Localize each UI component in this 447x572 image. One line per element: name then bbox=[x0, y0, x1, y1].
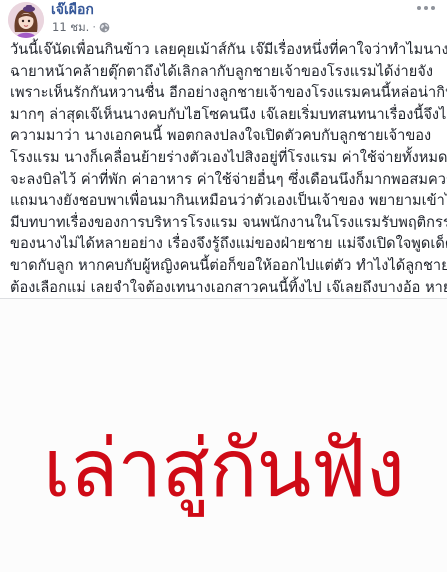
post-image[interactable]: เล่าสู่กันฟัง bbox=[0, 299, 447, 572]
more-options-button[interactable] bbox=[417, 2, 435, 14]
post-meta: 11 ชม. · bbox=[52, 20, 110, 34]
post-text-line: แถมนางยังชอบพาเพื่อนมากินเหมือนว่าตัวเอง… bbox=[10, 190, 440, 212]
more-dots-icon bbox=[417, 6, 421, 10]
post-text-line: มีบทบาทเรื่องของการบริหารโรงแรม จนพนักงา… bbox=[10, 212, 440, 234]
post-header: เจ๊เผือก 11 ชม. · bbox=[0, 0, 447, 40]
image-headline-text: เล่าสู่กันฟัง bbox=[0, 414, 447, 524]
post-text-line: มากๆ ล่าสุดเจ๊เห็นนางคบกับไฮโซคนนึง เจ๊เ… bbox=[10, 104, 440, 126]
post-text-line: ของนางไม่ได้หลายอย่าง เรื่องจึงรู้ถึงแม่… bbox=[10, 233, 440, 255]
author-name-link[interactable]: เจ๊เผือก bbox=[51, 1, 94, 19]
meta-separator: · bbox=[92, 20, 96, 34]
post-text-line: ความมาว่า นางเอกคนนี้ พอตกลงปลงใจเปิดตัว… bbox=[10, 125, 440, 147]
avatar-cartoon-girl-icon bbox=[8, 2, 44, 38]
post-text-line: จะลงบิลไว้ ค่าที่พัก ค่าอาหาร ค่าใช้จ่าย… bbox=[10, 169, 440, 191]
post-text-line: ฉายาหน้าคล้ายตุ๊กตาถึงได้เลิกลากับลูกชาย… bbox=[10, 61, 440, 83]
globe-icon[interactable] bbox=[99, 22, 110, 33]
avatar[interactable] bbox=[8, 2, 44, 38]
post-body-text: วันนี้เจ๊นัดเพื่อนกินข้าว เลยคุยเม้าส์กั… bbox=[10, 39, 440, 320]
facebook-post: เจ๊เผือก 11 ชม. · วันนี้เจ๊นัดเพื่อนกินข… bbox=[0, 0, 447, 572]
post-text-line: ขาดกับลูก หากคบกับผู้หญิงคนนี้ต่อก็ขอให้… bbox=[10, 255, 440, 277]
post-timestamp[interactable]: 11 ชม. bbox=[52, 20, 89, 34]
post-text-line: เพราะเห็นรักกันหวานชื่น อีกอย่างลูกชายเจ… bbox=[10, 82, 440, 104]
post-text-line: วันนี้เจ๊นัดเพื่อนกินข้าว เลยคุยเม้าส์กั… bbox=[10, 39, 440, 61]
post-text-line: ต้องเลือกแม่ เลยจำใจต้องเทนางเอกสาวคนนี้… bbox=[10, 277, 440, 299]
post-text-line: โรงแรม นางก็เคลื่อนย้ายร่างตัวเองไปสิงอย… bbox=[10, 147, 440, 169]
